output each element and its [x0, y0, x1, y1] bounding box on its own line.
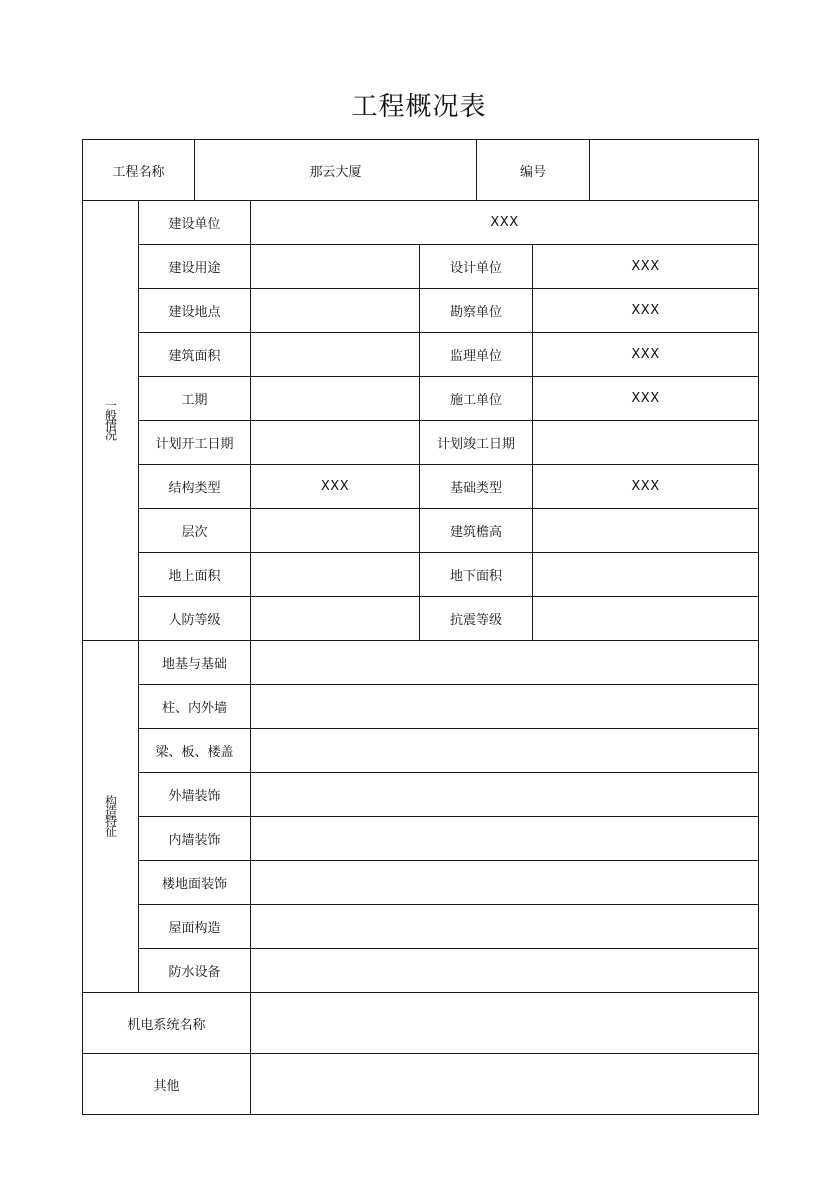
row-value[interactable] — [251, 729, 759, 773]
row-value[interactable] — [533, 553, 759, 597]
row-label: 外墙装饰 — [139, 773, 251, 817]
row-label: 内墙装饰 — [139, 817, 251, 861]
row-label: 建设用途 — [139, 245, 251, 289]
project-details-table: 一般情况 建设单位 XXX 建设用途 设计单位 XXX 建设地点 勘察单位 XX… — [82, 200, 759, 1115]
row-value[interactable] — [251, 905, 759, 949]
row-label: 施工单位 — [420, 377, 533, 421]
row-label: 梁、板、楼盖 — [139, 729, 251, 773]
row-value[interactable] — [251, 289, 420, 333]
row-label: 屋面构造 — [139, 905, 251, 949]
general-row: 建筑面积 监理单位 XXX — [83, 333, 759, 377]
general-row: 层次 建筑檐高 — [83, 509, 759, 553]
general-row: 建设用途 设计单位 XXX — [83, 245, 759, 289]
row-label: 防水设备 — [139, 949, 251, 993]
row-label: 地下面积 — [420, 553, 533, 597]
row-value[interactable] — [533, 597, 759, 641]
row-value[interactable] — [251, 377, 420, 421]
structure-row: 构造特征 地基与基础 — [83, 641, 759, 685]
mep-label: 机电系统名称 — [83, 993, 251, 1054]
header-row: 工程名称 那云大厦 编号 — [83, 140, 759, 201]
row-label: 楼地面装饰 — [139, 861, 251, 905]
row-value[interactable] — [251, 597, 420, 641]
general-row: 工期 施工单位 XXX — [83, 377, 759, 421]
structure-section-label: 构造特征 — [105, 795, 117, 835]
row-label: 建设地点 — [139, 289, 251, 333]
row-label: 人防等级 — [139, 597, 251, 641]
row-value[interactable] — [251, 861, 759, 905]
row-value[interactable] — [251, 641, 759, 685]
general-row: 结构类型 XXX 基础类型 XXX — [83, 465, 759, 509]
row-label: 结构类型 — [139, 465, 251, 509]
row-value[interactable] — [251, 817, 759, 861]
structure-row: 防水设备 — [83, 949, 759, 993]
row-label: 计划开工日期 — [139, 421, 251, 465]
general-row: 地上面积 地下面积 — [83, 553, 759, 597]
build-unit-label: 建设单位 — [139, 201, 251, 245]
other-value[interactable] — [251, 1054, 759, 1115]
structure-row: 外墙装饰 — [83, 773, 759, 817]
project-overview-table: 工程名称 那云大厦 编号 — [82, 139, 759, 201]
row-label: 柱、内外墙 — [139, 685, 251, 729]
row-label: 工期 — [139, 377, 251, 421]
general-section-label: 一般情况 — [105, 399, 117, 439]
row-label: 计划竣工日期 — [420, 421, 533, 465]
row-label: 设计单位 — [420, 245, 533, 289]
structure-row: 屋面构造 — [83, 905, 759, 949]
general-section-cell: 一般情况 — [83, 201, 139, 641]
row-value[interactable]: XXX — [533, 245, 759, 289]
structure-row: 楼地面装饰 — [83, 861, 759, 905]
row-value[interactable] — [251, 949, 759, 993]
general-row-build-unit: 一般情况 建设单位 XXX — [83, 201, 759, 245]
row-value[interactable] — [251, 553, 420, 597]
row-value[interactable]: XXX — [533, 333, 759, 377]
mep-value[interactable] — [251, 993, 759, 1054]
row-value[interactable]: XXX — [533, 289, 759, 333]
row-value[interactable] — [251, 509, 420, 553]
row-value[interactable]: XXX — [533, 377, 759, 421]
other-row: 其他 — [83, 1054, 759, 1115]
row-value[interactable]: XXX — [251, 465, 420, 509]
general-row: 人防等级 抗震等级 — [83, 597, 759, 641]
row-label: 抗震等级 — [420, 597, 533, 641]
structure-row: 内墙装饰 — [83, 817, 759, 861]
row-value[interactable] — [251, 421, 420, 465]
general-row: 建设地点 勘察单位 XXX — [83, 289, 759, 333]
row-label: 勘察单位 — [420, 289, 533, 333]
row-label: 层次 — [139, 509, 251, 553]
row-value[interactable] — [533, 421, 759, 465]
row-label: 监理单位 — [420, 333, 533, 377]
other-label: 其他 — [83, 1054, 251, 1115]
row-value[interactable] — [251, 333, 420, 377]
row-label: 建筑面积 — [139, 333, 251, 377]
structure-row: 柱、内外墙 — [83, 685, 759, 729]
row-value[interactable] — [251, 773, 759, 817]
build-unit-value[interactable]: XXX — [251, 201, 759, 245]
project-name-label: 工程名称 — [83, 140, 195, 201]
row-label: 建筑檐高 — [420, 509, 533, 553]
number-value[interactable] — [590, 140, 759, 201]
mep-row: 机电系统名称 — [83, 993, 759, 1054]
row-value[interactable] — [251, 245, 420, 289]
row-label: 地上面积 — [139, 553, 251, 597]
row-label: 地基与基础 — [139, 641, 251, 685]
row-label: 基础类型 — [420, 465, 533, 509]
row-value[interactable] — [533, 509, 759, 553]
row-value[interactable]: XXX — [533, 465, 759, 509]
number-label: 编号 — [477, 140, 590, 201]
structure-section-cell: 构造特征 — [83, 641, 139, 993]
structure-row: 梁、板、楼盖 — [83, 729, 759, 773]
general-row: 计划开工日期 计划竣工日期 — [83, 421, 759, 465]
row-value[interactable] — [251, 685, 759, 729]
project-name-value[interactable]: 那云大厦 — [195, 140, 477, 201]
page-title: 工程概况表 — [0, 86, 838, 123]
